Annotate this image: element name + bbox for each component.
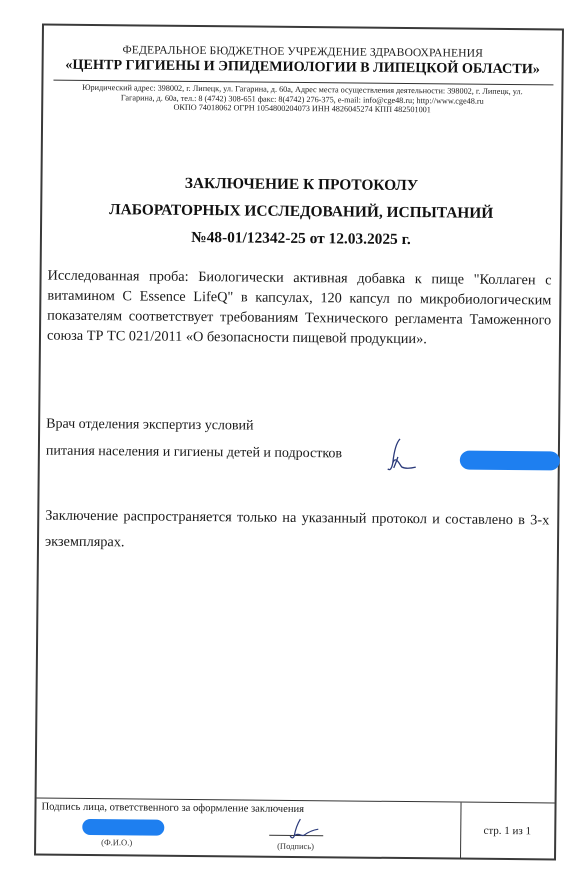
fio-label: (Ф.И.О.) [101,837,132,847]
letterhead: ФЕДЕРАЛЬНОЕ БЮДЖЕТНОЕ УЧРЕЖДЕНИЕ ЗДРАВОО… [43,26,562,116]
page-number: стр. 1 из 1 [460,803,555,859]
org-address: Юридический адрес: 398002, г. Липецк, ул… [53,83,551,116]
responsible-caption: Подпись лица, ответственного за оформлен… [41,802,304,816]
responsible-signature-icon [284,818,320,840]
title-line-2: ЛАБОРАТОРНЫХ ИССЛЕДОВАНИЙ, ИСПЫТАНИЙ [42,196,560,228]
scope-text: Заключение распространяется только на ук… [45,503,549,560]
redacted-responsible-name [82,819,164,836]
protocol-number: №48-01/12342-25 от 12.03.2025 г. [42,223,560,255]
responsible-signature-block: Подпись лица, ответственного за оформлен… [36,798,462,857]
document-title: ЗАКЛЮЧЕНИЕ К ПРОТОКОЛУ ЛАБОРАТОРНЫХ ИССЛ… [42,169,561,255]
doctor-line-2: питания населения и гигиены детей и подр… [46,438,342,468]
document-frame: ФЕДЕРАЛЬНОЕ БЮДЖЕТНОЕ УЧРЕЖДЕНИЕ ЗДРАВОО… [34,24,564,861]
signature-label: (Подпись) [277,841,314,851]
conclusion-text: Исследованная проба: Биологически активн… [47,266,552,351]
footer: Подпись лица, ответственного за оформлен… [36,797,555,858]
org-name: «ЦЕНТР ГИГИЕНЫ И ЭПИДЕМИОЛОГИИ В ЛИПЕЦКО… [44,57,562,79]
doctor-line-1: Врач отделения экспертиз условий [46,411,342,441]
doctor-position: Врач отделения экспертиз условий питания… [46,411,343,468]
redacted-doctor-name [460,451,560,471]
doctor-signature-icon [380,435,420,475]
